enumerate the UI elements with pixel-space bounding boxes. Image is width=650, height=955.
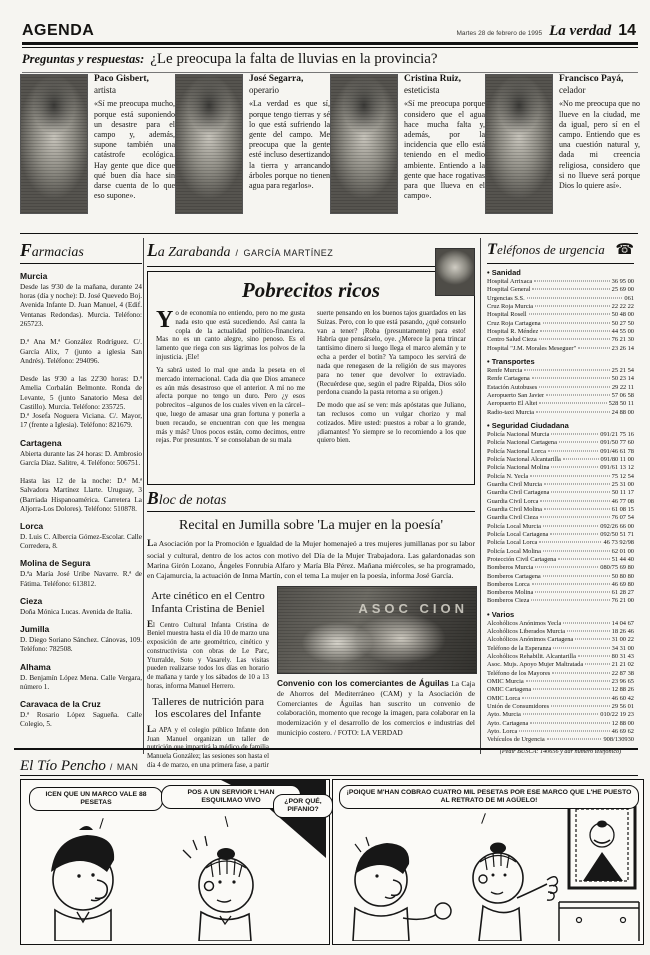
tel-number: 908/130930 (603, 736, 634, 744)
tel-label: Guardia Civil Murcia (487, 481, 542, 489)
tel-entry: OMIC Lorca 46 60 42 (487, 695, 634, 703)
dot-leader (535, 305, 609, 306)
bloc-headline: Recital en Jumilla sobre 'La mujer en la… (147, 518, 475, 534)
dot-leader (524, 369, 609, 370)
person-photo (330, 74, 398, 214)
tel-entry: OMIC Murcia 23 96 65 (487, 678, 634, 686)
tel-label: Estación Autobuses (487, 384, 537, 392)
tel-number: 23 96 65 (612, 678, 634, 686)
bloc-intro: La Asociación por la Promoción e Igualda… (147, 538, 475, 580)
zarabanda-p4: De modo que así se ven: más apóstatas qu… (317, 401, 466, 445)
person-quote: «La verdad es que sí, porque tengo tierr… (249, 99, 330, 191)
dot-leader (544, 508, 610, 509)
comic-panel-1: Icen que un marco vale 88 pesetas Pos a … (20, 779, 330, 945)
tel-number: 091/80 11 00 (601, 456, 635, 464)
tel-label: Policía N. Yecla (487, 473, 528, 481)
tel-number: 092/26 66 00 (600, 523, 634, 531)
bloc-item1-text: El Centro Cultural Infanta Cristina de B… (147, 619, 269, 692)
tel-number: 44 55 00 (612, 328, 634, 336)
qa-person: Cristina Ruiz, esteticista «Sí me preocu… (330, 74, 485, 214)
person-quote: «No me preocupa que no llueve en la ciud… (559, 99, 640, 191)
dot-leader (529, 314, 610, 315)
divider (20, 233, 638, 234)
column-rule-left (143, 238, 144, 754)
tel-label: Renfe Murcia (487, 367, 522, 375)
speech-bubble-4: ¡Poique m'han cobrao cuatro mil pesetas … (339, 785, 639, 809)
tel-entry: Ayto. Cartagena 12 88 00 (487, 720, 634, 728)
dot-leader (540, 517, 610, 518)
news-photo: ASOC CION (277, 586, 477, 674)
dot-leader (551, 492, 609, 493)
pencho-sep: / (110, 762, 113, 772)
farmacia-city: Caravaca de la Cruz (20, 699, 142, 709)
tel-label: Protección Civil Cartagena (487, 556, 556, 564)
farmacias-list: Murcia Desde las 9'30 de la mañana, dura… (20, 271, 142, 729)
zarabanda-section: La Zarabanda / GARCÍA MARTÍNEZ Pobrecito… (147, 240, 475, 485)
zarabanda-p1: o de economía no entiendo, pero no me gu… (156, 309, 305, 361)
tel-group-title: • Sanidad (487, 268, 634, 277)
dot-leader (553, 647, 609, 648)
dot-leader (539, 542, 601, 543)
dot-leader (539, 403, 606, 404)
zarabanda-body: Yo de economía no entiendo, pero no me g… (156, 309, 466, 477)
tel-label: Hospital R. Méndez (487, 328, 538, 336)
tel-entry: Ayto. Lorca 46 69 62 (487, 728, 634, 736)
tel-entry: Guardia Civil Cieza 76 07 54 (487, 514, 634, 522)
tel-label: Bomberos Cartagena (487, 573, 541, 581)
tel-label: Policía Nacional Murcia (487, 431, 549, 439)
tel-entry: Hospital General 25 69 00 (487, 286, 634, 294)
tel-label: Hospital Rosell (487, 311, 527, 319)
farmacia-entry: Molina de Segura D.ªa María José Uribe N… (20, 558, 142, 588)
tel-label: Unión de Consumidores (487, 703, 549, 711)
telefonos-section: Teléfonos de urgencia ☎ • Sanidad Hospit… (487, 240, 634, 756)
tel-number: 46 60 42 (612, 695, 634, 703)
farmacias-title: Farmacias (20, 240, 142, 264)
tel-label: Policía Nacional Alcantarilla (487, 456, 561, 464)
tel-label: Cruz Roja Murcia (487, 303, 533, 311)
farmacia-text: Doña Mónica Lucas. Avenida de Italia. (20, 608, 142, 617)
tel-label: Radio-taxi Murcia (487, 409, 534, 417)
dot-leader (540, 500, 609, 501)
tel-entry: Policía Nacional Molina 091/61 13 12 (487, 464, 634, 472)
dot-leader (559, 442, 598, 443)
newspaper-page: AGENDA Martes 28 de febrero de 1995 La v… (0, 0, 650, 955)
tel-number: 61 28 27 (612, 589, 634, 597)
tel-number: 34 31 00 (612, 645, 634, 653)
farmacia-city: Jumilla (20, 624, 142, 634)
speech-bubble-1: Icen que un marco vale 88 pesetas (29, 787, 163, 811)
dot-leader (543, 322, 610, 323)
tel-label: Hospital General (487, 286, 530, 294)
tel-entry: Guardia Civil Murcia 25 31 00 (487, 481, 634, 489)
tel-entry: Hospital Arrixaca 36 95 00 (487, 278, 634, 286)
farmacia-city: Molina de Segura (20, 558, 142, 568)
dot-leader (575, 639, 609, 640)
tel-group-varios: • Varios Alcohólicos Anónimos Yecla 14 0… (487, 610, 634, 745)
tel-number: 091/50 77 60 (600, 439, 634, 447)
farmacia-entry: Jumilla D. Diego Soriano Sánchez. Cánova… (20, 624, 142, 654)
tel-entry: Bomberos Murcia 080/75 69 80 (487, 564, 634, 572)
dot-leader (552, 672, 609, 673)
tel-number: 46 77 08 (612, 498, 634, 506)
tel-number: 12 88 00 (612, 720, 634, 728)
tel-label: Ayto. Cartagena (487, 720, 528, 728)
section-title: AGENDA (22, 22, 94, 40)
dot-leader (563, 622, 609, 623)
tel-entry: Policía Local Murcia 092/26 66 00 (487, 523, 634, 531)
dot-leader (578, 656, 610, 657)
tel-label: Aeropuerto San Javier (487, 392, 544, 400)
dot-leader (535, 567, 598, 568)
qa-people: Paco Gisbert, artista «Sí me preocupa mu… (20, 74, 640, 214)
tel-label: Teléfono de los Mayores (487, 670, 550, 678)
dot-leader (563, 458, 599, 459)
person-photo (175, 74, 243, 214)
column-rule-right (480, 238, 481, 754)
tel-entry: Guardia Civil Cartagena 50 11 17 (487, 489, 634, 497)
tel-number: 29 56 01 (612, 703, 634, 711)
tel-entry: Policía Nacional Lorca 091/46 61 78 (487, 448, 634, 456)
tel-label: OMIC Cartagena (487, 686, 531, 694)
tel-number: 57 06 58 (612, 392, 634, 400)
zarabanda-box: Pobrecitos ricos Yo de economía no entie… (147, 271, 475, 485)
tel-number: 50 48 00 (612, 311, 634, 319)
tel-entry: Policía Nacional Alcantarilla 091/80 11 … (487, 456, 634, 464)
tel-label: OMIC Murcia (487, 678, 524, 686)
tel-number: 36 95 00 (612, 278, 634, 286)
qa-label: Preguntas y respuestas: (22, 52, 144, 67)
farmacia-city: Alhama (20, 662, 142, 672)
dot-leader (551, 467, 598, 468)
farmacia-entry: Lorca D. Luis C. Albercia Gómez-Escolar.… (20, 521, 142, 551)
farmacia-text: D.ª Rosario López Sagueña. Calle Colegio… (20, 711, 142, 729)
tel-entry: Policía Local Molina 62 01 00 (487, 548, 634, 556)
tel-label: Urgencias S.S. (487, 295, 525, 303)
tel-label: Guardia Civil Cartagena (487, 489, 549, 497)
masthead: Martes 28 de febrero de 1995 La verdad 1… (456, 22, 636, 40)
tel-label: Aeropuerto El Altet (487, 400, 537, 408)
tel-number: 76 21 00 (612, 597, 634, 605)
tel-entry: OMIC Cartagena 12 88 26 (487, 686, 634, 694)
dot-leader (544, 483, 610, 484)
tel-entry: Policía Local Lorca 46 73 92/98 (487, 539, 634, 547)
farmacia-text: Desde las 9'30 de la mañana, durante 24 … (20, 283, 142, 431)
issue-date: Martes 28 de febrero de 1995 (456, 30, 542, 37)
zarabanda-headline: Pobrecitos ricos (156, 278, 466, 303)
person-name: Francisco Payá, (559, 74, 640, 85)
tel-number: 25 69 00 (612, 286, 634, 294)
bloc-item2-title: Talleres de nutrición para los escolares… (147, 696, 269, 720)
tel-group-transportes: • Transportes Renfe Murcia 25 21 54 Renf… (487, 357, 634, 417)
tel-label: Vehículos de Urgencia (487, 736, 545, 744)
phone-icon: ☎ (615, 243, 634, 258)
tel-label: Bomberos Molina (487, 589, 533, 597)
tel-entry: Vehículos de Urgencia 908/130930 (487, 736, 634, 744)
person-name: José Segarra, (249, 74, 330, 85)
tel-label: Alcohólicos Anónimos Yecla (487, 620, 561, 628)
tel-number: 22 87 38 (612, 670, 634, 678)
tel-number: 010/22 19 23 (600, 711, 634, 719)
dot-leader (551, 433, 598, 434)
zarabanda-author: GARCÍA MARTÍNEZ (243, 248, 333, 258)
tel-number: 46 73 92/98 (603, 539, 634, 547)
tel-entry: Protección Civil Cartagena 51 44 40 (487, 556, 634, 564)
zarabanda-title: La Zarabanda (147, 240, 230, 263)
farmacia-city: Murcia (20, 271, 142, 281)
tel-entry: Bomberos Cieza 76 21 00 (487, 597, 634, 605)
bloc-item1-title: Arte cinético en el Centro Infanta Crist… (147, 590, 269, 614)
tel-number: 76 07 54 (612, 514, 634, 522)
header-rule-thin (22, 47, 638, 48)
farmacia-entry: Cartagena Abierta durante las 24 horas: … (20, 438, 142, 515)
tel-entry: Alcohólicos Anónimos Cartagena 31 00 22 (487, 636, 634, 644)
tel-number: 50 11 17 (612, 489, 634, 497)
tel-entry: Radio-taxi Murcia 24 88 00 (487, 409, 634, 417)
comic-panel-2: ¡Poique m'han cobrao cuatro mil pesetas … (332, 779, 644, 945)
tel-label: Renfe Cartagena (487, 375, 530, 383)
bloc-right-column: ASOC CION Convenio con los comerciantes … (277, 586, 475, 768)
tel-entry: Asoc. Mujs. Apoyo Mujer Maltratada 21 21… (487, 661, 634, 669)
tel-label: Centro Salud Cieza (487, 336, 537, 344)
tel-number: 51 44 40 (612, 556, 634, 564)
person-photo (20, 74, 88, 214)
person-role: esteticista (404, 85, 485, 95)
tel-label: Guardia Civil Molina (487, 506, 542, 514)
tel-label: Hospital "J.M. Morales Meseguer" (487, 345, 576, 353)
tel-entry: Policía Local Cartagena 092/50 51 71 (487, 531, 634, 539)
tel-entry: Alcohólicos Liberados Murcia 18 26 46 (487, 628, 634, 636)
dot-leader (535, 592, 609, 593)
farmacia-text: D. Diego Soriano Sánchez. Cánovas, 109. … (20, 636, 142, 654)
photo-banner-text: ASOC CION (358, 601, 468, 616)
dot-leader (530, 475, 609, 476)
tel-entry: Hospital Rosell 50 48 00 (487, 311, 634, 319)
tel-entry: Guardia Civil Molina 61 08 15 (487, 506, 634, 514)
tel-number: 50 27 50 (612, 320, 634, 328)
tel-number: 75 12 54 (612, 473, 634, 481)
person-name: Paco Gisbert, (94, 74, 175, 85)
tel-number: 46 69 80 (612, 581, 634, 589)
pencho-title: El Tío Pencho (20, 758, 106, 776)
farmacia-text: D. Luis C. Albercia Gómez-Escolar. Calle… (20, 533, 142, 551)
tel-entry: Teléfono de la Esperanza 34 31 00 (487, 645, 634, 653)
tel-group-title: • Varios (487, 610, 634, 619)
dot-leader (540, 330, 609, 331)
tel-entry: Policía N. Yecla 75 12 54 (487, 473, 634, 481)
tel-number: 061 (624, 295, 634, 303)
person-role: artista (94, 85, 175, 95)
page-number: 14 (618, 22, 636, 40)
tel-number: 80 31 43 (612, 653, 634, 661)
tel-group-title: • Seguridad Ciudadana (487, 421, 634, 430)
pencho-author: MAN (117, 762, 139, 772)
person-photo (485, 74, 553, 214)
farmacia-text: D.ªa María José Uribe Navarre. R.ª de Fá… (20, 570, 142, 588)
tel-entry: Alcohólicos Rehabilit. Alcantarilla 80 3… (487, 653, 634, 661)
tel-entry: Teléfono de los Mayores 22 87 38 (487, 670, 634, 678)
tel-entry: Renfe Murcia 25 21 54 (487, 367, 634, 375)
tel-label: Policía Nacional Molina (487, 464, 549, 472)
qa-question: ¿Le preocupa la falta de lluvias en la p… (150, 51, 437, 68)
farmacia-text: D. Benjamín López Mena. Calle Vergara, n… (20, 674, 142, 692)
tel-label: Asoc. Mujs. Apoyo Mujer Maltratada (487, 661, 583, 669)
dot-leader (543, 525, 598, 526)
tel-label: Policía Local Lorca (487, 539, 537, 547)
tel-entry: Unión de Consumidores 29 56 01 (487, 703, 634, 711)
tel-number: 25 21 54 (612, 367, 634, 375)
dot-leader (539, 339, 610, 340)
person-quote: «Sí me preocupa mucho, porque está supon… (94, 99, 175, 201)
tel-entry: Alcohólicos Anónimos Yecla 14 04 67 (487, 620, 634, 628)
bloc-left-column: Arte cinético en el Centro Infanta Crist… (147, 586, 269, 768)
tel-label: Ayto. Lorca (487, 728, 517, 736)
tel-number: 528 50 11 (609, 400, 634, 408)
farmacia-city: Cieza (20, 596, 142, 606)
tel-number: 080/75 69 80 (600, 564, 634, 572)
drop-cap: Y (156, 310, 173, 330)
speech-bubble-3: ¿Por qué, Pifanio? (273, 794, 333, 818)
tel-number: 46 69 62 (612, 728, 634, 736)
tel-number: 31 00 22 (612, 636, 634, 644)
tel-entry: Ayto. Murcia 010/22 19 23 (487, 711, 634, 719)
dot-leader (578, 347, 609, 348)
dot-leader (527, 297, 623, 298)
header-rule (22, 42, 638, 45)
tel-label: Alcohólicos Rehabilit. Alcantarilla (487, 653, 576, 661)
paper-name: La verdad (549, 23, 611, 40)
tel-entry: Urgencias S.S. 061 (487, 295, 634, 303)
tel-label: Policía Nacional Lorca (487, 448, 546, 456)
tel-label: Bomberos Lorca (487, 581, 530, 589)
tel-number: 22 22 22 (612, 303, 634, 311)
person-name: Cristina Ruiz, (404, 74, 485, 85)
tel-group-sanidad: • Sanidad Hospital Arrixaca 36 95 00 Hos… (487, 268, 634, 353)
tel-number: 21 21 02 (612, 661, 634, 669)
dot-leader (548, 450, 598, 451)
tel-label: Policía Local Cartagena (487, 531, 548, 539)
tel-label: OMIC Lorca (487, 695, 520, 703)
tel-entry: Bomberos Molina 61 28 27 (487, 589, 634, 597)
tel-number: 29 22 11 (612, 384, 634, 392)
tel-entry: Bomberos Lorca 46 69 80 (487, 581, 634, 589)
tel-number: 23 26 14 (612, 345, 634, 353)
tel-label: Teléfono de la Esperanza (487, 645, 551, 653)
dot-leader (543, 575, 610, 576)
pencho-header: El Tío Pencho / MAN (20, 757, 638, 775)
tel-label: Ayto. Murcia (487, 711, 521, 719)
tel-entry: Centro Salud Cieza 76 21 30 (487, 336, 634, 344)
photo-caption: Convenio con los comerciantes de Águilas… (277, 678, 475, 737)
tel-group-title: • Transportes (487, 357, 634, 366)
tel-label: Policía Nacional Cartagena (487, 439, 557, 447)
dot-leader (536, 411, 610, 412)
dot-leader (533, 689, 609, 690)
zarabanda-p2: Ya sabrá usted lo mal que anda la peseta… (156, 366, 305, 445)
tel-number: 12 88 26 (612, 686, 634, 694)
person-quote: «Sí me preocupa porque considero que el … (404, 99, 485, 201)
tel-number: 50 80 80 (612, 573, 634, 581)
dot-leader (532, 289, 609, 290)
dot-leader (558, 558, 609, 559)
person-role: operario (249, 85, 330, 95)
tel-number: 25 31 00 (612, 481, 634, 489)
tel-entry: Cruz Roja Murcia 22 22 22 (487, 303, 634, 311)
farmacia-entry: Murcia Desde las 9'30 de la mañana, dura… (20, 271, 142, 431)
telefonos-title: Teléfonos de urgencia (487, 240, 611, 261)
tel-number: 62 01 00 (612, 548, 634, 556)
tel-number: 50 23 14 (612, 375, 634, 383)
zarabanda-sep: / (235, 248, 238, 258)
dot-leader (551, 706, 609, 707)
tel-number: 18 26 46 (612, 628, 634, 636)
tel-entry: Hospital "J.M. Morales Meseguer" 23 26 1… (487, 345, 634, 353)
tel-entry: Aeropuerto San Javier 57 06 58 (487, 392, 634, 400)
person-role: celador (559, 85, 640, 95)
qa-person: Francisco Payá, celador «No me preocupa … (485, 74, 640, 214)
dot-leader (532, 378, 610, 379)
tel-number: 14 04 67 (612, 620, 634, 628)
farmacia-city: Cartagena (20, 438, 142, 448)
qa-header: Preguntas y respuestas: ¿Le preocupa la … (22, 51, 638, 73)
tel-entry: Policía Nacional Murcia 091/21 75 16 (487, 431, 634, 439)
dot-leader (523, 714, 598, 715)
farmacia-entry: Alhama D. Benjamín López Mena. Calle Ver… (20, 662, 142, 692)
tel-number: 091/61 13 12 (600, 464, 634, 472)
tel-label: Guardia Civil Lorca (487, 498, 538, 506)
dot-leader (522, 697, 609, 698)
tel-entry: Policía Nacional Cartagena 091/50 77 60 (487, 439, 634, 447)
dot-leader (531, 600, 609, 601)
tel-label: Alcohólicos Liberados Murcia (487, 628, 565, 636)
pencho-rule (20, 775, 638, 776)
dot-leader (532, 583, 610, 584)
tel-number: 092/50 51 71 (600, 531, 634, 539)
dot-leader (547, 739, 602, 740)
tel-number: 091/21 75 16 (600, 431, 634, 439)
tel-entry: Bomberos Cartagena 50 80 80 (487, 573, 634, 581)
bloc-section: Bloc de notas Recital en Jumilla sobre '… (147, 488, 475, 768)
zarabanda-p3: suerte pensando en los buenos tajos guar… (317, 309, 466, 397)
dot-leader (550, 533, 598, 534)
farmacia-text: Abierta durante las 24 horas: D. Ambrosi… (20, 450, 142, 515)
tel-entry: Estación Autobuses 29 22 11 (487, 384, 634, 392)
qa-person: Paco Gisbert, artista «Sí me preocupa mu… (20, 74, 175, 214)
tel-label: Policía Local Molina (487, 548, 541, 556)
tel-label: Policía Local Murcia (487, 523, 541, 531)
farmacia-entry: Caravaca de la Cruz D.ª Rosario López Sa… (20, 699, 142, 729)
tel-label: Cruz Roja Cartagena (487, 320, 541, 328)
tel-label: Hospital Arrixaca (487, 278, 532, 286)
tel-number: 24 88 00 (612, 409, 634, 417)
columnist-photo (435, 248, 475, 296)
caption-lead: Convenio con los comerciantes de Águilas (277, 678, 449, 688)
farmacia-city: Lorca (20, 521, 142, 531)
dot-leader (567, 631, 610, 632)
tel-entry: Cruz Roja Cartagena 50 27 50 (487, 320, 634, 328)
tel-group-seguridad: • Seguridad Ciudadana Policía Nacional M… (487, 421, 634, 606)
tel-number: 76 21 30 (612, 336, 634, 344)
tel-label: Guardia Civil Cieza (487, 514, 538, 522)
tel-label: Bomberos Cieza (487, 597, 529, 605)
dot-leader (585, 664, 609, 665)
farmacia-entry: Cieza Doña Mónica Lucas. Avenida de Ital… (20, 596, 142, 617)
tel-entry: Aeropuerto El Altet 528 50 11 (487, 400, 634, 408)
tel-label: Alcohólicos Anónimos Cartagena (487, 636, 573, 644)
dot-leader (519, 731, 609, 732)
dot-leader (543, 550, 610, 551)
tel-label: Bomberos Murcia (487, 564, 533, 572)
